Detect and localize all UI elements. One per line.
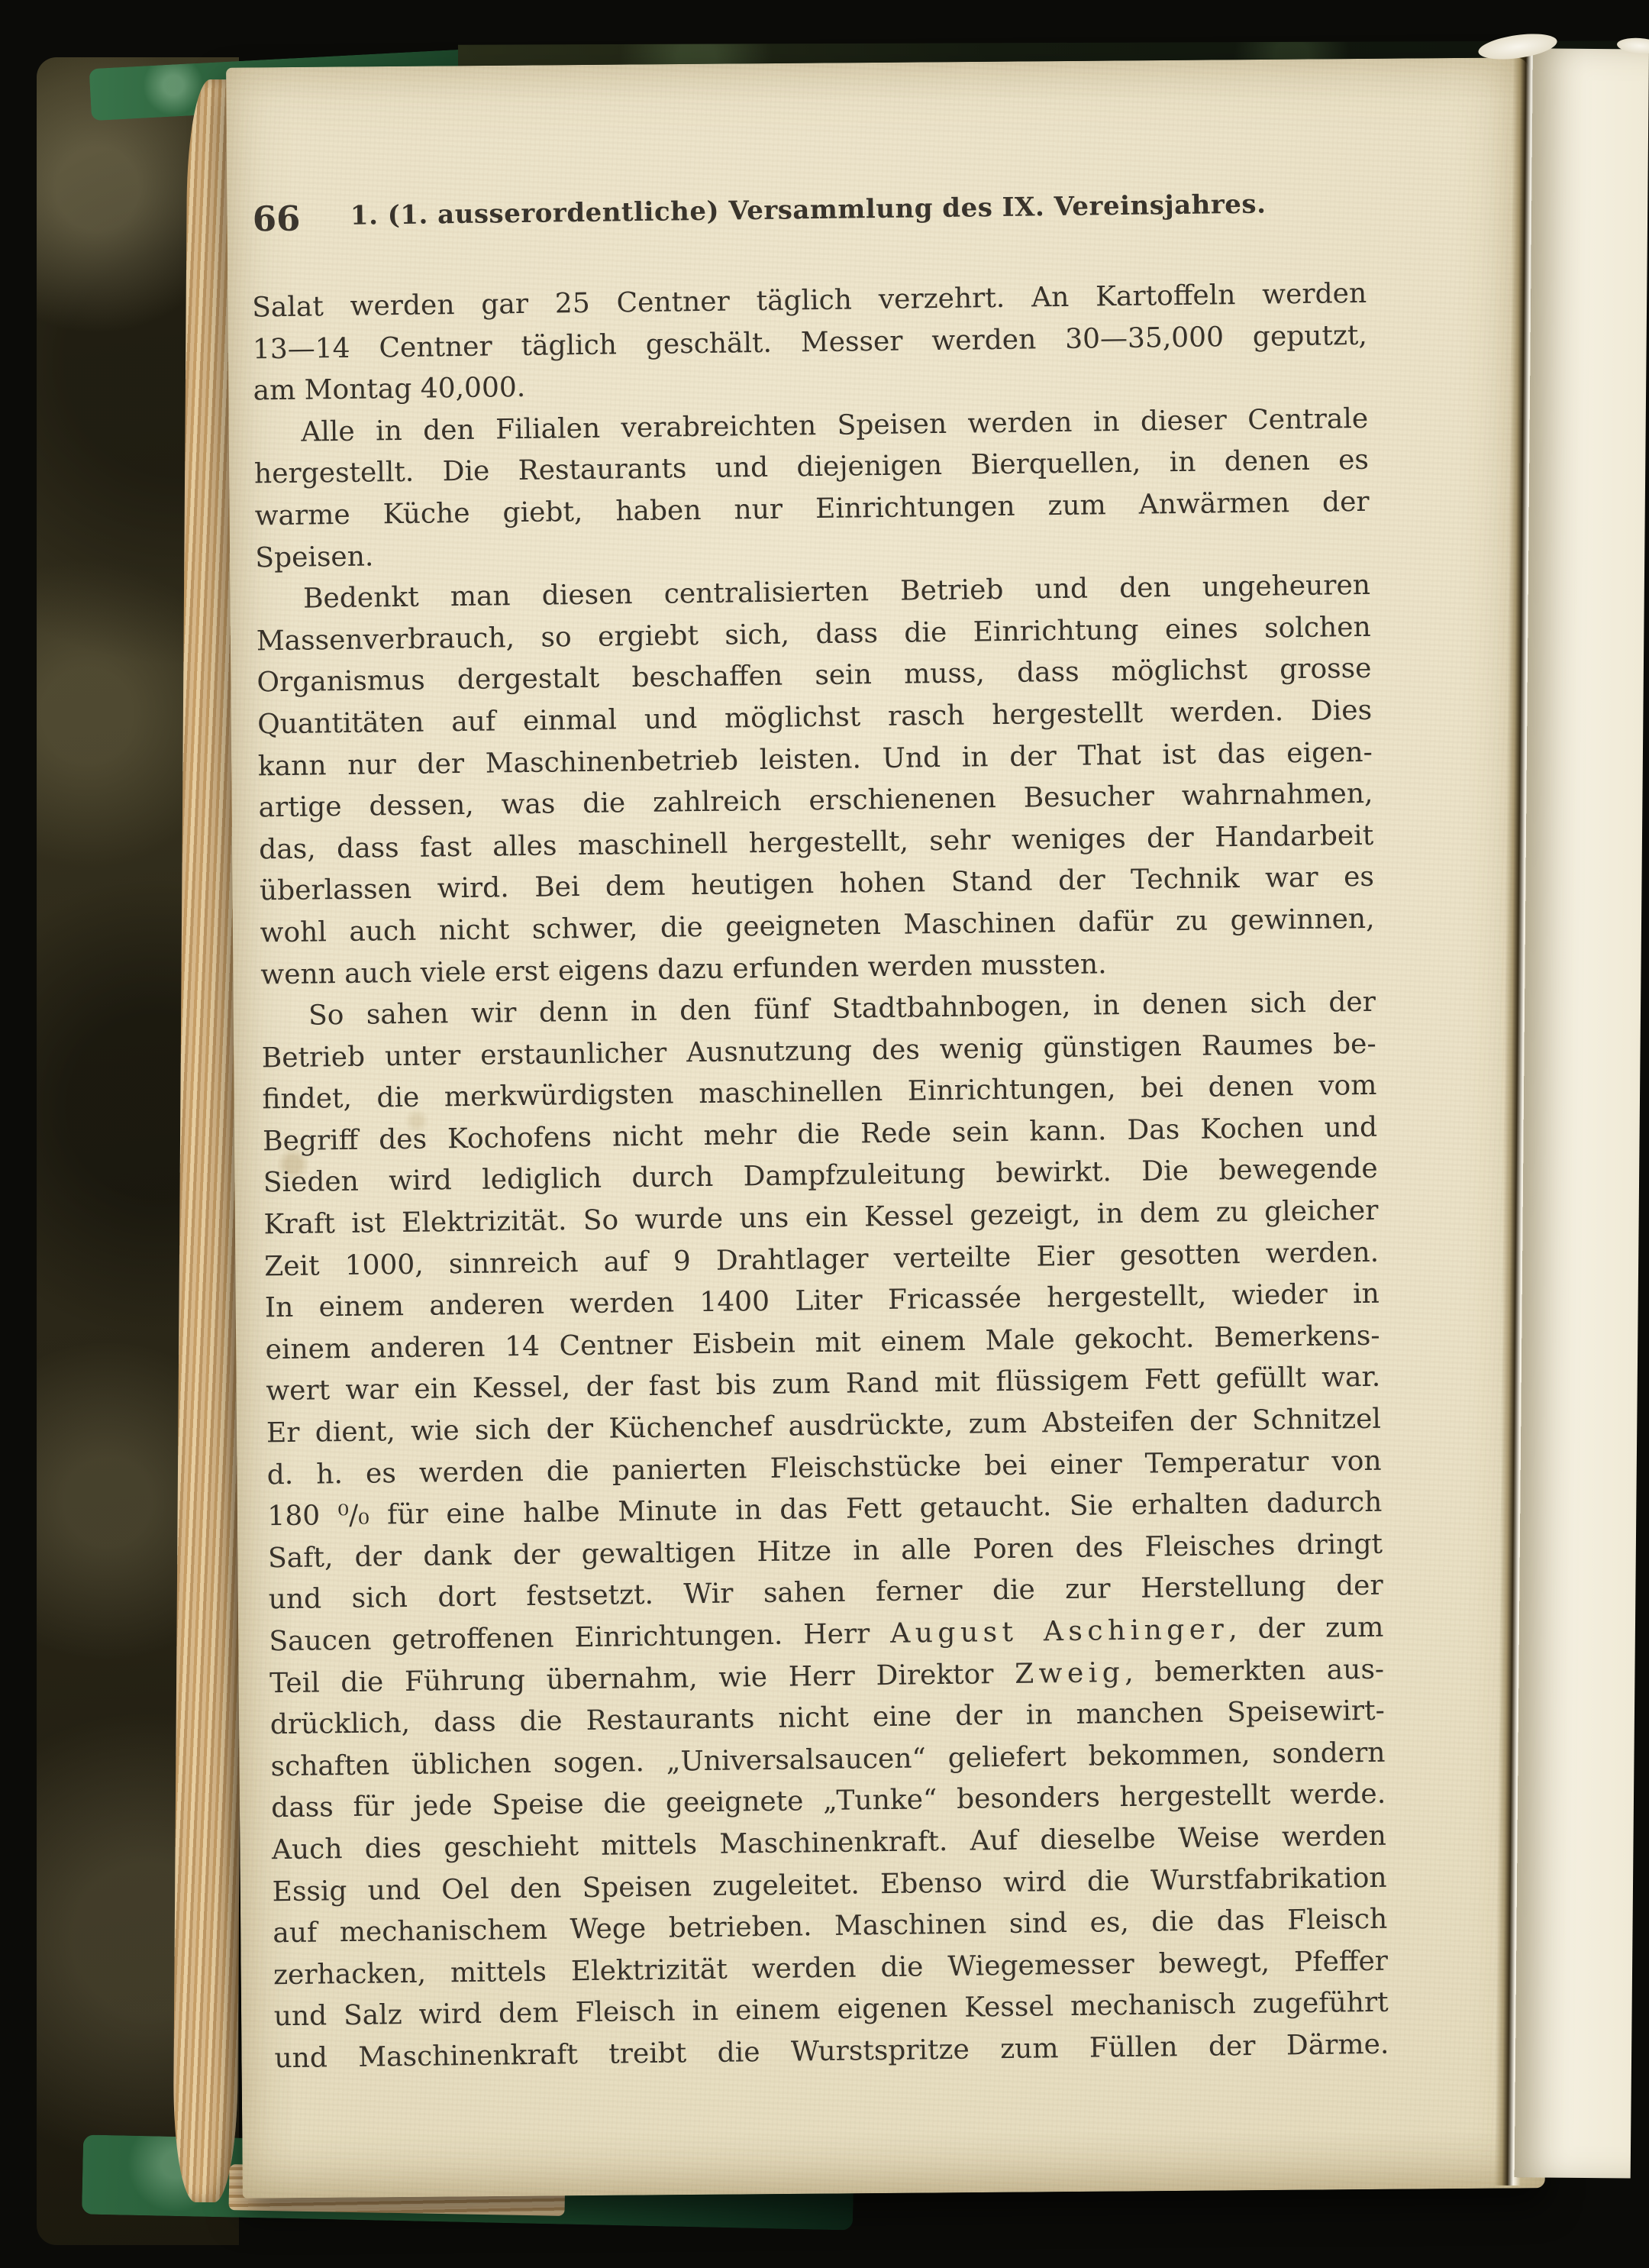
text-segment: , der zum xyxy=(1228,1612,1384,1646)
book-scan: 66 1. (1. ausserordentliche) Versammlung… xyxy=(0,0,1649,2268)
facing-page-edge xyxy=(1515,48,1649,2178)
page-content: 66 1. (1. ausserordentliche) Versammlung… xyxy=(249,53,1390,2198)
text-segment: Teil die Führung übernahm, wie Herr Dire… xyxy=(269,1658,1015,1698)
text-segment: , bemerkten aus- xyxy=(1125,1653,1384,1688)
text-block: Salat werden gar 25 Centner täglich verz… xyxy=(252,273,1389,2080)
text-segment: Saucen getroffenen Einrichtungen. Herr xyxy=(269,1618,890,1657)
header-title: 1. (1. ausserordentliche) Versammlung de… xyxy=(250,188,1365,233)
book-page: 66 1. (1. ausserordentliche) Versammlung… xyxy=(226,57,1545,2198)
person-name: August Aschinger xyxy=(890,1614,1229,1649)
page-number: 66 xyxy=(252,199,300,240)
person-name: Zweig xyxy=(1015,1657,1125,1690)
running-header: 66 1. (1. ausserordentliche) Versammlung… xyxy=(250,188,1366,248)
